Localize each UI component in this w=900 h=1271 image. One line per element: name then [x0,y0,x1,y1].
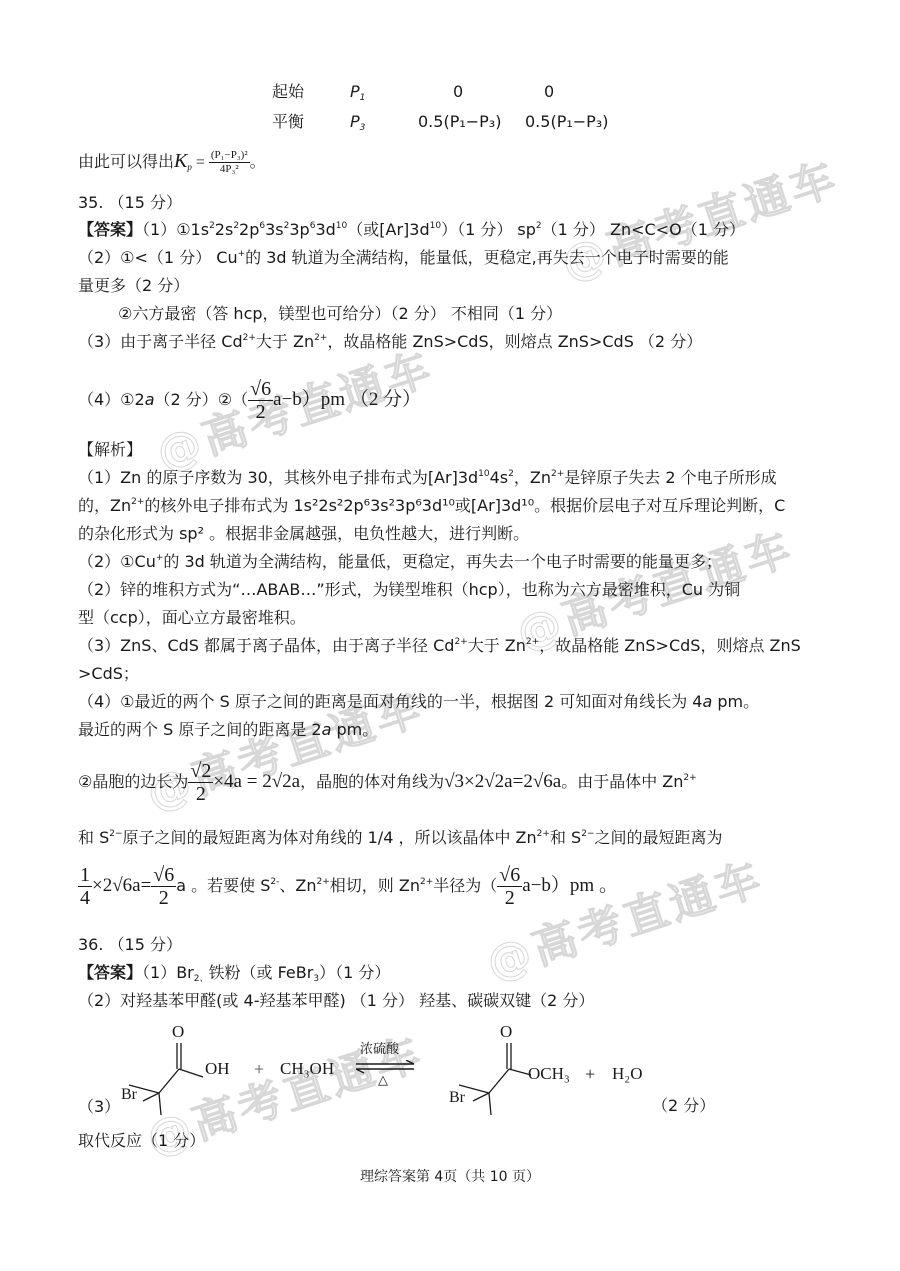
row-start-p1: P1 [350,82,365,102]
q35-explain-2b-line1: （2）锌的堆积方式为“…ABAB…”形式，为镁型堆积（hcp），也称为六方最密堆… [78,580,740,600]
q35-explain-4-part2-line2: 和 S2−原子之间的最短距离为体对角线的 1/4 ，所以该晶体中 Zn2+和 S… [78,828,722,848]
plus-sign: + [585,1064,595,1084]
reactant-br: Br [121,1085,137,1105]
page-footer: 理综答案第 4页（共 10 页） [0,1166,900,1186]
q35-explain-1-line2: 的，Zn2+的核外电子排布式为 1s²2s²2p⁶3s²3p⁶3d¹⁰或[Ar]… [78,496,785,516]
q35-analysis-label: 【解析】 [78,440,142,460]
reactant-oh: OH [205,1059,230,1079]
q35-answer-3: （3）由于离子半径 Cd2+大于 Zn2+，故晶格能 ZnS>CdS，则熔点 Z… [78,332,702,352]
kp-expression: 由此可以得出Kp = (P₁−P₃)²4P₃²。 [78,146,266,178]
q36-answer-3-label: （3） [78,1097,120,1117]
q35-explain-1-line3: 的杂化形式为 sp² 。根据非金属越强，电负性越大，进行判断。 [78,524,529,544]
product-ester-group: OCH₃ [528,1064,570,1084]
q35-answer-2-part2: ②六方最密（答 hcp，镁型也可给分）（2 分） 不相同（1 分） [118,304,562,324]
q35-explain-3-line2: >CdS； [78,664,139,684]
row-eq-p3: P3 [350,112,365,132]
q35-explain-2b-line2: 型（ccp），面心立方最密堆积。 [78,608,306,628]
plus-sign: + [254,1059,264,1079]
heat-condition: △ [378,1071,388,1091]
q35-answer-2-line2: 量更多（2 分） [78,276,189,296]
q36-answer-2: （2）对羟基苯甲醛(或 4-羟基苯甲醛) （1 分） 羟基、碳碳双键（2 分） [78,991,594,1011]
q36-reaction-type: 取代反应（1 分） [78,1131,205,1151]
q35-title: 35. （15 分） [78,193,182,213]
row-start-label: 起始 [272,82,304,102]
q36-answer-3-score: （2 分） [652,1096,715,1116]
q36-answer-1: 【答案】（1）Br2、铁粉（或 FeBr3）（1 分） [78,963,390,983]
water: H₂O [612,1064,642,1084]
q35-answer-4: （4）①2a（2 分）②（√62a−b）pm （2 分） [78,378,421,423]
catalyst-label: 浓硫酸 [360,1040,399,1060]
product-carbonyl-o: O [500,1022,512,1042]
row-eq-c2: 0.5(P₁−P₃) [418,112,501,132]
row-eq-label: 平衡 [272,112,304,132]
q35-explain-4-part2-line3: 14×2√6a=√62a 。若要使 S2-、Zn2+相切，则 Zn2+半径为（√… [78,864,618,909]
q35-explain-3-line1: （3）ZnS、CdS 都属于离子晶体，由于离子半径 Cd2+大于 Zn2+，故晶… [78,636,801,656]
row-start-c3: 0 [544,82,554,102]
q35-explain-4-line1: （4）①最近的两个 S 原子之间的距离是面对角线的一半，根据图 2 可知面对角线… [78,692,759,712]
row-start-c2: 0 [453,82,463,102]
q35-explain-4-line2: 最近的两个 S 原子之间的距离是 2a pm。 [78,720,378,740]
q35-answer-2-line1: （2）①<（1 分） Cu+的 3d 轨道为全满结构，能量低，更稳定,再失去一个… [78,248,729,268]
q35-explain-2: （2）①Cu+的 3d 轨道为全满结构，能量低，更稳定，再失去一个电子时需要的能… [78,552,722,572]
row-eq-c3: 0.5(P₁−P₃) [525,112,608,132]
methanol: CH₃OH [280,1059,334,1079]
q35-explain-4-part2-line1: ②晶胞的边长为√22×4a = 2√2a，晶胞的体对角线为√3×2√2a=2√6… [78,760,697,805]
watermark: @高考直通车 [552,142,846,292]
q35-answer-1: 【答案】（1）①1s22s22p63s23p63d10（或[Ar]3d10）（1… [78,220,745,240]
reactant-carbonyl-o: O [172,1022,184,1042]
q35-explain-1-line1: （1）Zn 的原子序数为 30，其核外电子排布式为[Ar]3d104s2，Zn2… [78,468,777,488]
q36-title: 36. （15 分） [78,935,182,955]
product-br: Br [449,1088,465,1108]
